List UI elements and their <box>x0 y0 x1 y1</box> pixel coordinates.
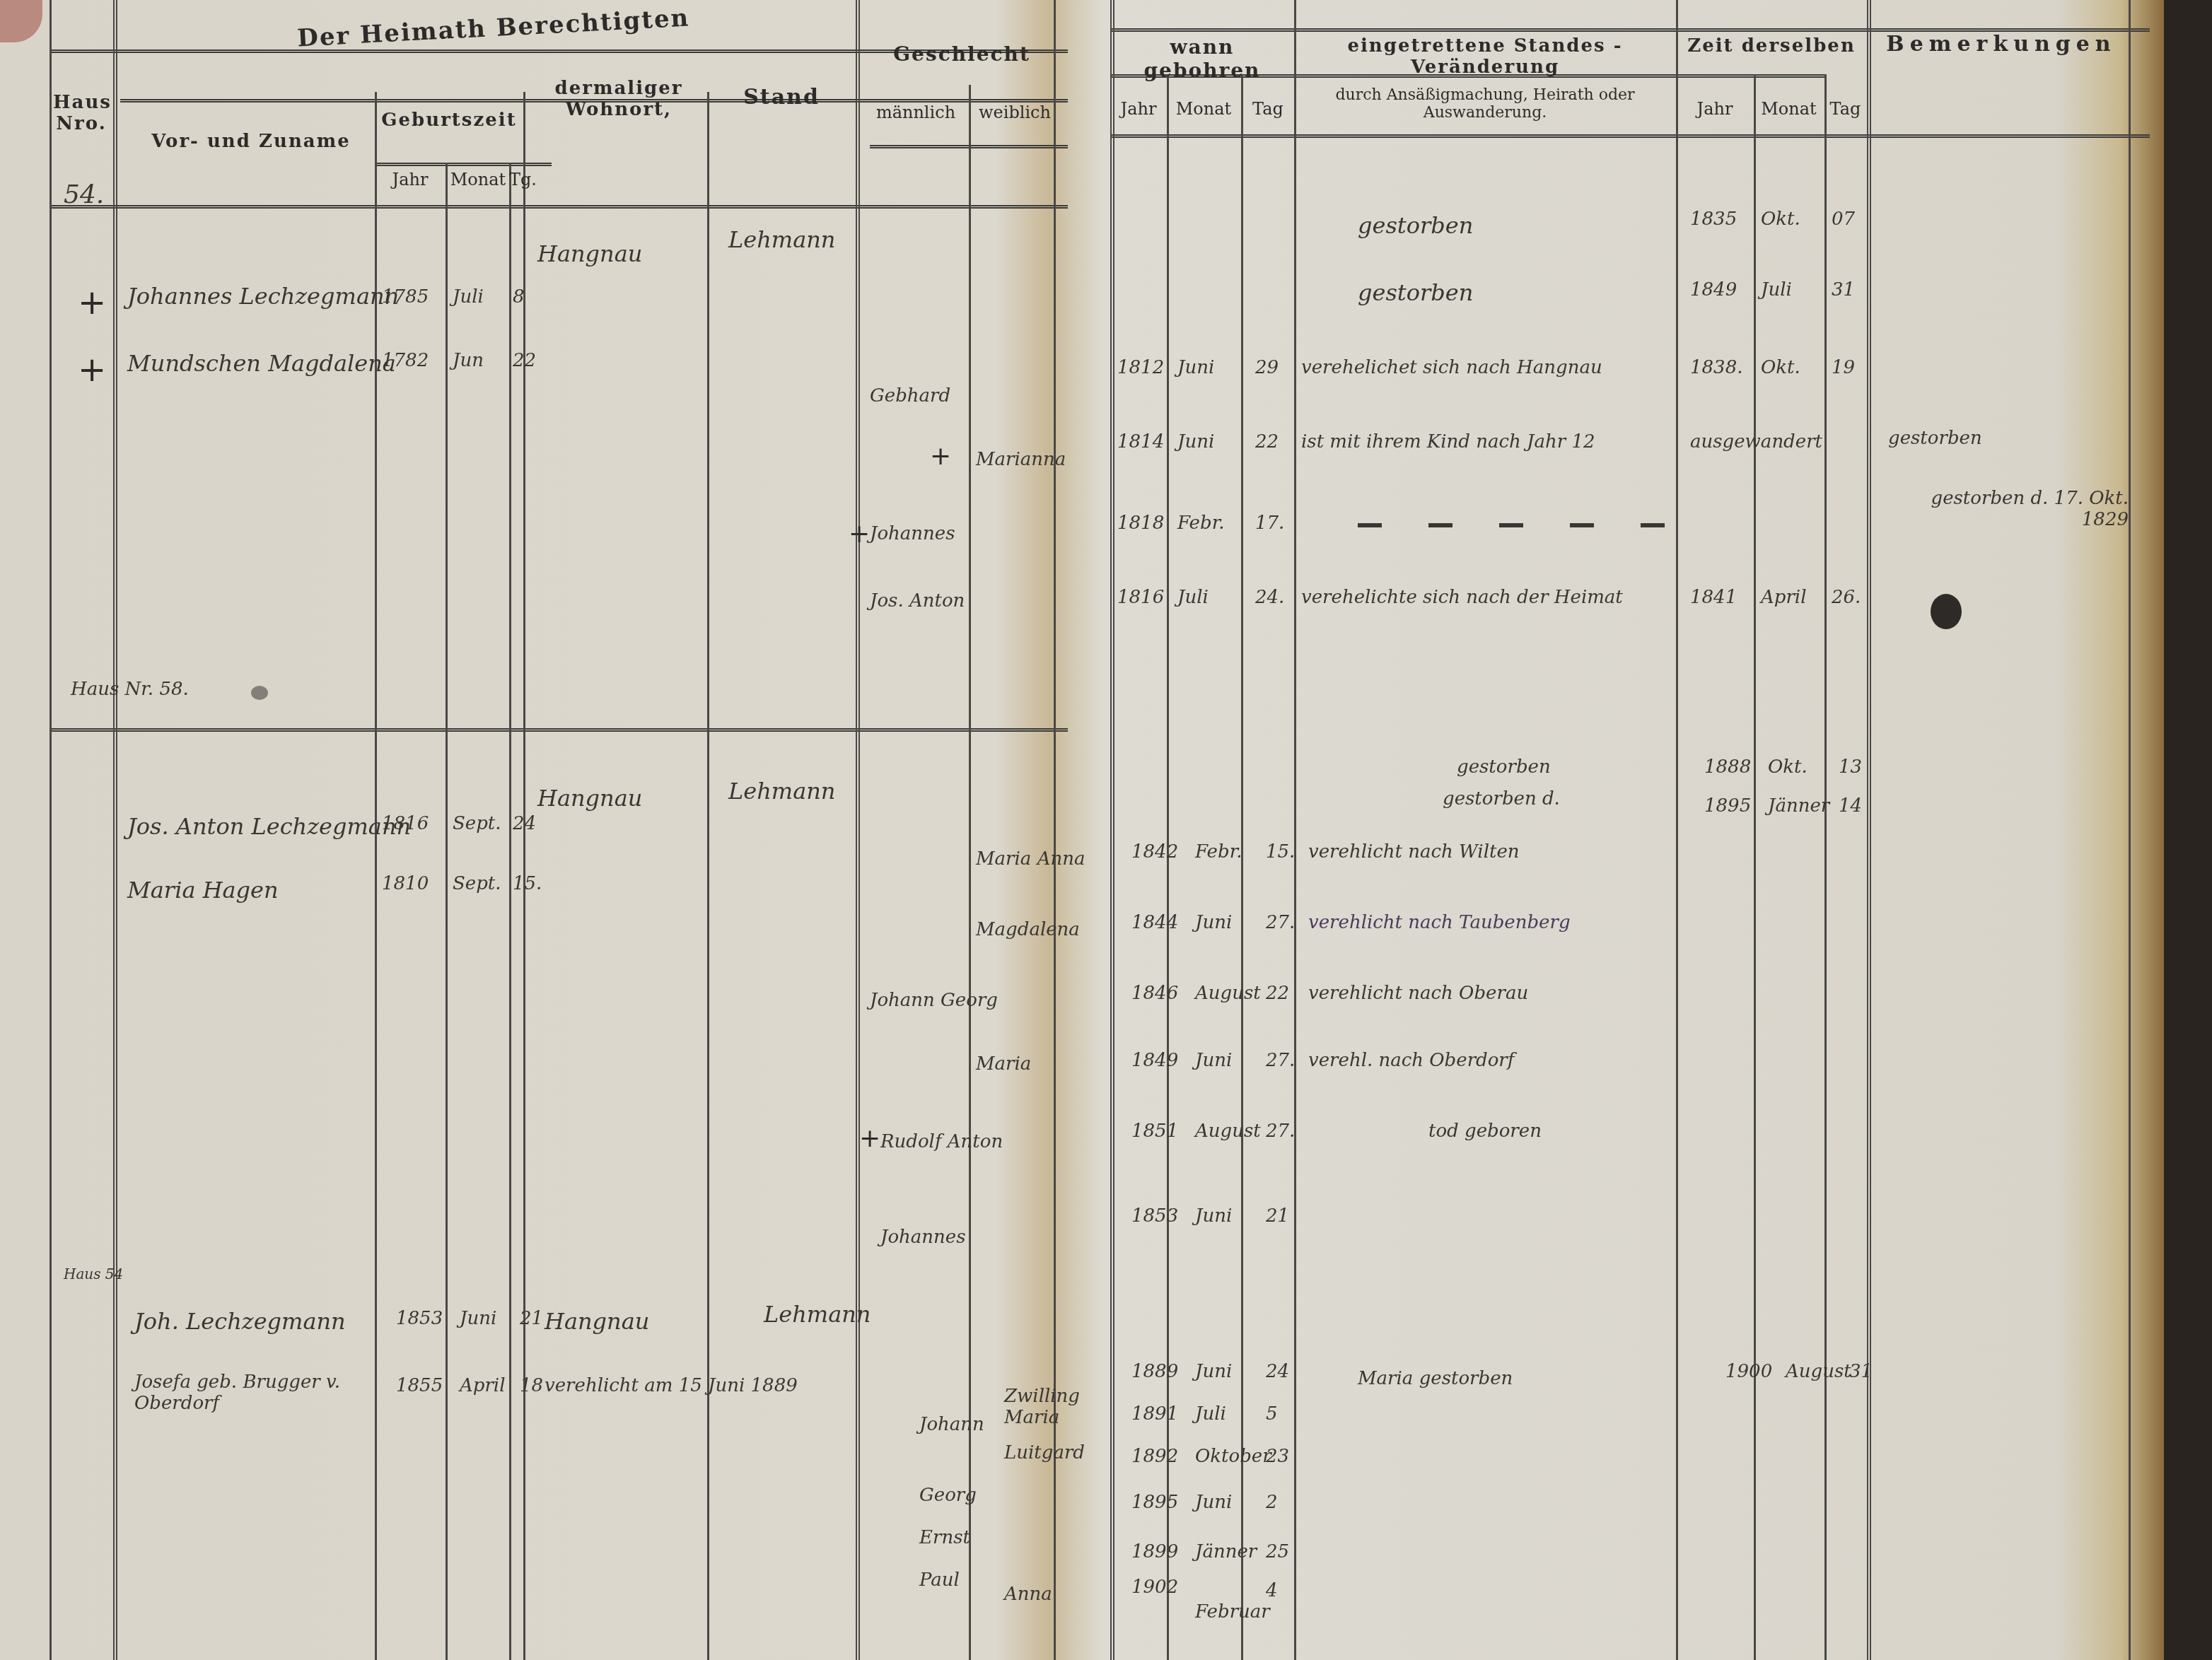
change-text: verehlicht nach Wilten <box>1308 841 1520 863</box>
change-month: April <box>1761 587 1806 608</box>
change-year: ausgewandert <box>1690 431 1822 452</box>
jahr-subheader: Jahr <box>382 170 438 189</box>
birth-month: Juli <box>1195 1403 1226 1425</box>
change-day: 07 <box>1832 209 1855 230</box>
change-month: Okt. <box>1761 209 1800 230</box>
header-bottom-rule <box>1110 134 2150 138</box>
veraenderung-subheader: durch Ansäßigmachung, Heirath oder Auswa… <box>1322 86 1648 122</box>
change-month: Okt. <box>1761 357 1800 378</box>
change-year: 1895 <box>1704 795 1751 817</box>
birth-month: Juni <box>1177 431 1214 452</box>
change-text: verehl. nach Oberdorf <box>1308 1050 1514 1071</box>
change-year: 1838. <box>1690 357 1742 378</box>
bemerkungen-header: Bemerkungen <box>1874 32 2129 57</box>
entry-wohnort: Hangnau <box>537 240 642 267</box>
name-header: Vor- und Zuname <box>134 131 368 152</box>
col-border <box>1110 0 1114 1660</box>
birth-year: 1895 <box>1131 1492 1178 1513</box>
col-border <box>446 163 448 1660</box>
birth-day: 24 <box>1266 1361 1289 1382</box>
birth-month: Juni <box>1195 912 1232 933</box>
birth-year: 1899 <box>1131 1541 1178 1562</box>
section-divider <box>50 728 1068 732</box>
child-female: Zwilling Maria <box>1004 1386 1068 1428</box>
entry-day: 18 <box>520 1375 543 1396</box>
weiblich-subheader: weiblich <box>972 103 1057 122</box>
change-day: 19 <box>1832 357 1855 378</box>
entry-wohnort: Hangnau <box>537 785 642 812</box>
entry-marriage-note: verehlicht am 15 Juni 1889 <box>545 1375 798 1396</box>
birth-day: 2 <box>1266 1492 1278 1513</box>
col-border <box>707 92 709 1660</box>
change-year: 1835 <box>1690 209 1737 230</box>
death-cross-icon: + <box>849 520 870 549</box>
birth-year: 1851 <box>1131 1121 1178 1142</box>
monat-subheader: Monat <box>447 170 509 189</box>
child-male: Gebhard <box>870 385 950 407</box>
maennlich-subheader: männlich <box>863 103 969 122</box>
entry-day: 15. <box>513 873 542 894</box>
entry-wohnort: Hangnau <box>545 1308 649 1335</box>
entry-year: 1785 <box>382 286 429 308</box>
header-bottom-rule <box>50 205 1068 209</box>
death-cross-icon: + <box>859 1124 880 1153</box>
change-text: gestorben <box>1358 212 1473 239</box>
entry-year: 1816 <box>382 813 429 834</box>
birth-day: 17. <box>1255 513 1284 534</box>
birth-month: Jänner <box>1195 1541 1257 1562</box>
blank-dash <box>1428 523 1453 527</box>
change-month: August <box>1786 1361 1851 1382</box>
birth-month: August <box>1195 1121 1261 1142</box>
birth-year: 1812 <box>1117 357 1164 378</box>
change-text: verehlicht nach Oberau <box>1308 983 1528 1004</box>
entry-year: 1853 <box>396 1308 443 1329</box>
remark: gestorben d. 17. Okt. 1829 <box>1895 488 2129 530</box>
ink-blot <box>1931 594 1962 629</box>
birth-day: 15. <box>1266 841 1295 863</box>
zeit-header: Zeit derselben <box>1680 35 1863 57</box>
change-text: gestorben <box>1358 279 1473 306</box>
tag-subheader: Tag <box>1243 99 1293 119</box>
blank-dash <box>1358 523 1382 527</box>
change-text: verehlicht nach Taubenberg <box>1308 912 1571 933</box>
change-day: 13 <box>1839 756 1862 778</box>
death-cross-icon: + <box>78 350 106 390</box>
entry-stand: Lehmann <box>728 778 835 805</box>
entry-name: Josefa geb. Brugger v. Oberdorf <box>134 1372 368 1414</box>
birth-month: Juni <box>1195 1361 1232 1382</box>
right-page: wann gebohren Jahr Monat Tag eingetrette… <box>1089 0 2150 1660</box>
birth-day: 27. <box>1266 1050 1295 1071</box>
birth-day: 5 <box>1266 1403 1278 1425</box>
ink-spot <box>251 686 268 700</box>
birth-month: Juni <box>1177 357 1214 378</box>
birth-year: 1853 <box>1131 1205 1178 1227</box>
birth-year: 1818 <box>1117 513 1164 534</box>
change-day: 14 <box>1839 795 1862 817</box>
tag-subheader: Tg. <box>509 170 530 189</box>
birth-day: 27. <box>1266 1121 1295 1142</box>
child-male: Jos. Anton <box>870 590 965 612</box>
death-cross-icon: + <box>78 283 106 322</box>
change-year: 1900 <box>1725 1361 1772 1382</box>
birth-year: 1902 <box>1131 1577 1178 1598</box>
birth-month: Febr. <box>1177 513 1225 534</box>
death-cross-icon: + <box>930 442 951 471</box>
change-text: tod geboren <box>1428 1121 1542 1142</box>
col-border <box>856 0 860 1660</box>
birth-year: 1844 <box>1131 912 1178 933</box>
birth-day: 27. <box>1266 912 1295 933</box>
birth-month: Febr. <box>1195 841 1242 863</box>
birth-day: 4 <box>1266 1580 1278 1601</box>
entry-name: Joh. Lechzegmann <box>134 1308 346 1335</box>
col-border <box>1754 74 1756 1660</box>
veraenderung-header: eingetrettene Standes - Veränderung <box>1298 35 1672 78</box>
birth-day: 22 <box>1266 983 1289 1004</box>
register-book: Der Heimath Berechtigten Haus Nro. Vor- … <box>0 0 2164 1660</box>
birth-year: 1842 <box>1131 841 1178 863</box>
entry-year: 1782 <box>382 350 429 371</box>
change-text: verehelichte sich nach der Heimat <box>1301 587 1623 608</box>
child-female: Maria Anna <box>976 848 1085 870</box>
col-border <box>1676 0 1678 1660</box>
birth-month: August <box>1195 983 1261 1004</box>
birth-year: 1816 <box>1117 587 1164 608</box>
col-border <box>113 0 117 1660</box>
entry-name: Mundschen Magdalena <box>127 350 396 377</box>
entry-month: April <box>460 1375 505 1396</box>
monat-subheader: Monat <box>1168 99 1239 119</box>
entry-month: Juli <box>453 286 484 308</box>
entry-name: Jos. Anton Lechzegmann <box>127 813 411 840</box>
child-male: Johannes <box>870 523 955 544</box>
child-male: Rudolf Anton <box>880 1131 1003 1152</box>
entry-month: Sept. <box>453 873 501 894</box>
change-text: gestorben <box>1457 756 1551 778</box>
entry-name: Maria Hagen <box>127 877 279 904</box>
entry-stand: Lehmann <box>764 1301 871 1328</box>
birth-year: 1814 <box>1117 431 1164 452</box>
change-day: 31 <box>1832 279 1855 300</box>
entry-name: Johannes Lechzegmann <box>127 283 399 310</box>
birth-year: 1849 <box>1131 1050 1178 1071</box>
child-female: Marianna <box>976 449 1066 470</box>
blank-dash <box>1570 523 1594 527</box>
col-border <box>2129 0 2131 1660</box>
child-female: Magdalena <box>976 919 1080 940</box>
birth-month: Juli <box>1177 587 1209 608</box>
change-text: ist mit ihrem Kind nach Jahr 12 <box>1301 431 1595 452</box>
entry-day: 22 <box>513 350 536 371</box>
stand-header: Stand <box>714 85 849 110</box>
birth-year: 1889 <box>1131 1361 1178 1382</box>
change-text: gestorben d. <box>1443 788 1560 809</box>
col-border <box>1294 0 1296 1660</box>
birth-day: 23 <box>1266 1446 1289 1467</box>
change-year: 1841 <box>1690 587 1737 608</box>
col-border <box>50 0 52 1660</box>
change-text: verehelichet sich nach Hangnau <box>1301 357 1602 378</box>
left-page: Der Heimath Berechtigten Haus Nro. Vor- … <box>28 0 1068 1660</box>
child-male: Johann Georg <box>870 990 998 1011</box>
col-border <box>375 92 377 1660</box>
child-female: Luitgard <box>1004 1442 1085 1463</box>
birth-day: 22 <box>1255 431 1279 452</box>
wohnort-header: dermaliger Wohnort, <box>537 78 700 120</box>
remark: gestorben <box>1888 428 1982 449</box>
col-border <box>1824 74 1827 1660</box>
entry-day: 8 <box>513 286 525 308</box>
birth-day: 29 <box>1255 357 1279 378</box>
entry-day: 21 <box>520 1308 543 1329</box>
birth-month: Oktober <box>1195 1446 1271 1467</box>
birth-month: Februar <box>1195 1601 1270 1623</box>
change-year: 1849 <box>1690 279 1737 300</box>
birth-day: 25 <box>1266 1541 1289 1562</box>
col-border <box>1867 0 1871 1660</box>
birth-month: Juni <box>1195 1492 1232 1513</box>
child-male: Johann <box>919 1414 984 1435</box>
geburtszeit-header: Geburtszeit <box>378 110 520 131</box>
child-male: Paul <box>919 1570 960 1591</box>
zeit-monat-subheader: Monat <box>1755 99 1822 119</box>
change-year: 1888 <box>1704 756 1751 778</box>
blank-dash <box>1499 523 1523 527</box>
child-male: Ernst <box>919 1527 970 1548</box>
zeit-jahr-subheader: Jahr <box>1680 99 1750 119</box>
birth-day: 24. <box>1255 587 1284 608</box>
change-month: Jänner <box>1768 795 1829 817</box>
birth-month: Juni <box>1195 1050 1232 1071</box>
change-month: Juli <box>1761 279 1792 300</box>
birth-year: 1892 <box>1131 1446 1178 1467</box>
margin-note: Haus Nr. 58. <box>71 679 189 700</box>
entry-month: Sept. <box>453 813 501 834</box>
change-month: Okt. <box>1768 756 1808 778</box>
entry-year: 1810 <box>382 873 429 894</box>
entry-day: 24 <box>513 813 536 834</box>
zeit-tag-subheader: Tag <box>1826 99 1865 119</box>
birth-day: 21 <box>1266 1205 1289 1227</box>
child-female: Maria <box>976 1053 1031 1075</box>
section-title: Der Heimath Berechtigten <box>296 4 690 52</box>
birth-year: 1846 <box>1131 983 1178 1004</box>
entry-year: 1855 <box>396 1375 443 1396</box>
child-male: Georg <box>919 1485 977 1506</box>
child-female: Anna <box>1004 1584 1052 1605</box>
house-number: 54. <box>64 180 104 209</box>
entry-month: Jun <box>453 350 484 371</box>
child-male: Johannes <box>880 1227 966 1248</box>
col-border <box>1241 74 1243 1660</box>
jahr-subheader: Jahr <box>1110 99 1167 119</box>
change-day: 31 <box>1849 1361 1873 1382</box>
geboren-header: wann gebohren <box>1110 35 1294 82</box>
entry-month: Juni <box>460 1308 496 1329</box>
haus-nro-header: Haus Nro. <box>53 92 110 134</box>
change-day: 26. <box>1832 587 1861 608</box>
blank-dash <box>1641 523 1665 527</box>
entry-stand: Lehmann <box>728 226 835 253</box>
margin-note: Haus 54 <box>64 1266 123 1282</box>
change-text: Maria gestorben <box>1358 1368 1513 1389</box>
birth-year: 1891 <box>1131 1403 1178 1425</box>
birth-month: Juni <box>1195 1205 1232 1227</box>
col-border <box>509 163 511 1660</box>
geschlecht-header: Geschlecht <box>870 42 1054 66</box>
